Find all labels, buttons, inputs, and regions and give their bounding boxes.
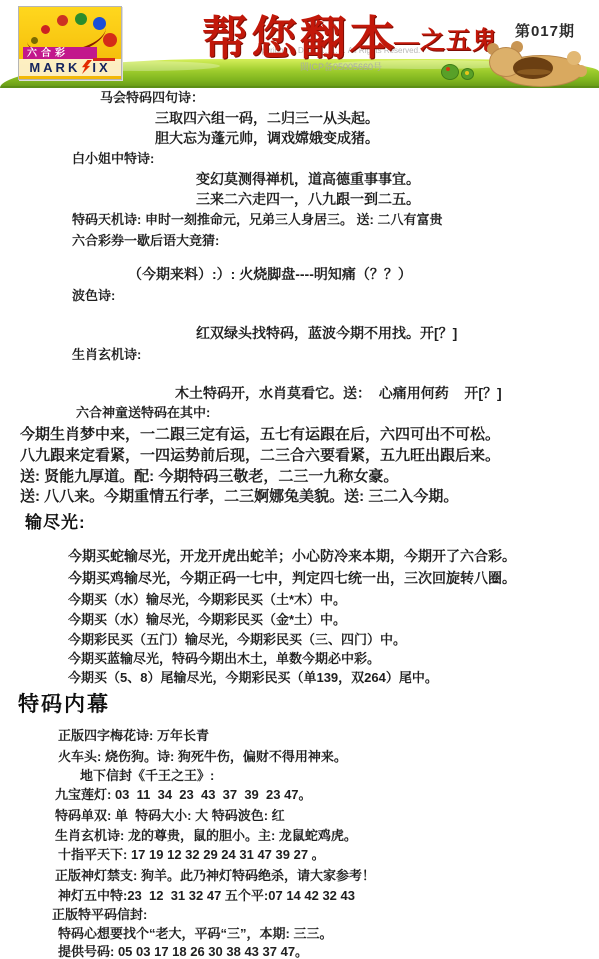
section-label-xiehouyu: 六合彩券一歇后语大竞猜: xyxy=(72,233,219,249)
bose-line: 红双绿头找特码，蓝波今期不用找。开[？] xyxy=(196,325,457,342)
lailiao-line: （今期来料）:）: 火烧脚盘----明知痛（？？） xyxy=(128,266,412,283)
neimu-line: 九宝莲灯: 03 11 34 23 43 37 39 23 47。 xyxy=(55,787,312,803)
shujinguang-line: 今期买蓝输尽光，特码今期出木土，单数今期必中彩。 xyxy=(68,651,380,667)
shujinguang-line: 今期彩民买（五门）输尽光，今期彩民买（三、四门）中。 xyxy=(68,632,406,648)
issue-number: 第017期 xyxy=(515,20,575,41)
neimu-line: 正版特平码信封: xyxy=(52,907,147,923)
mark-six-logo: 六合彩 MARKIX xyxy=(18,6,122,80)
shujinguang-line: 今期买（水）输尽光，今期彩民买（金*土）中。 xyxy=(68,612,346,628)
neimu-line: 生肖玄机诗: 龙的尊贵，鼠的胆小。主: 龙鼠蛇鸡虎。 xyxy=(55,828,357,844)
teddy-bear xyxy=(489,45,585,87)
bear-paw xyxy=(567,51,581,65)
tree-icon xyxy=(441,64,459,80)
logo-dot xyxy=(103,33,117,47)
neimu-line: 特码心想要找个“老大，平码“三”，本期: 三三。 xyxy=(58,926,332,942)
dream-line: 送: 八八来。今期重情五行孝，二三婀娜兔美貌。送: 三二入今期。 xyxy=(20,488,458,506)
shujinguang-line: 今期买（水）输尽光，今期彩民买（土*木）中。 xyxy=(68,592,346,608)
neimu-line: 正版神灯禁支: 狗羊。此乃神灯特码绝杀，请大家参考！ xyxy=(55,868,375,884)
tree-fruit xyxy=(465,71,469,75)
logo-dot xyxy=(75,13,87,25)
lightning-icon xyxy=(80,60,92,74)
neimu-line: 正版四字梅花诗: 万年长青 xyxy=(58,728,209,744)
shujinguang-line: 今期买（5、8）尾输尽光，今期彩民买（单139，双264）尾中。 xyxy=(68,670,438,686)
tianji-line: 特码天机诗: 申时一刻推命元，兄弟三人身居三。 送: 二八有富贵 xyxy=(72,212,443,228)
bear-stitch xyxy=(517,69,551,75)
section-label-bose: 波色诗: xyxy=(72,288,115,304)
shujinguang-line: 今期买鸡输尽光，今期正码一七中，判定四七统一出，三次回旋转八圈。 xyxy=(68,570,516,587)
shengxiao-line: 木土特码开，水肖莫看它。送： 心痛用何药 开[？] xyxy=(175,385,502,402)
neimu-line: 神灯五中特:23 12 31 32 47 五个平:07 14 42 32 43 xyxy=(58,888,355,904)
section-label-shentong: 六合神童送特码在其中: xyxy=(76,405,210,421)
bear-muzzle xyxy=(513,57,553,79)
tree-fruit xyxy=(446,67,450,71)
neimu-line: 火车头: 烧伤狗。诗: 狗死牛伤，偏财不得用神来。 xyxy=(58,749,347,765)
section-label-mahui: 马会特码四句诗： xyxy=(100,90,204,106)
page-title: 帮您翻本—之五鬼 xyxy=(202,2,502,68)
small-trees xyxy=(441,60,481,80)
section-label-shengxiao: 生肖玄机诗: xyxy=(72,347,141,363)
logo-wordmark: MARKIX xyxy=(19,59,121,76)
shujinguang-line: 今期买蛇输尽光，开龙开虎出蛇羊；小心防冷来本期，今期开了六合彩。 xyxy=(68,548,516,565)
masthead: 六合彩 MARKIX pyright Ts Dell ………… All Righ… xyxy=(0,0,599,88)
logo-text-mark: MARK xyxy=(29,60,80,75)
neimu-line: 地下信封《千王之王》: xyxy=(80,768,214,784)
dream-line: 今期生肖梦中来，一二跟三定有运，五七有运跟在后，六四可出不可松。 xyxy=(20,426,500,444)
heading-shujinguang: 输尽光: xyxy=(25,513,86,533)
dream-line: 八九跟来定看紧，一四运势前后现，二三合六要看紧，五九旺出跟后来。 xyxy=(20,447,500,465)
poem-line: 三来二六走四一，八九跟一到二五。 xyxy=(196,191,420,208)
page-subtitle: —之五鬼 xyxy=(394,28,498,55)
poem-line: 胆大忘为蓬元帅，调戏嫦娥变成猪。 xyxy=(155,130,379,147)
lottery-tip-sheet: 六合彩 MARKIX pyright Ts Dell ………… All Righ… xyxy=(0,0,599,959)
bear-paw xyxy=(575,65,587,77)
heading-neimu: 特码内幕 xyxy=(18,692,110,717)
logo-underline xyxy=(93,58,115,61)
logo-text-ix: IX xyxy=(92,60,110,75)
dream-line: 送: 贤能九厚道。配: 今期特码三敬老，二三一九称女豪。 xyxy=(20,468,398,486)
neimu-line: 提供号码: 05 03 17 18 26 30 38 43 37 47。 xyxy=(58,944,308,959)
logo-dot xyxy=(57,15,68,26)
poem-line: 变幻莫测得禅机，道高德重事事宜。 xyxy=(196,171,420,188)
section-label-baixiaojie: 白小姐中特诗: xyxy=(72,151,154,167)
poem-line: 三取四六组一码，二归三一从头起。 xyxy=(155,110,379,127)
neimu-line: 十指平天下: 17 19 12 32 29 24 31 47 39 27 。 xyxy=(58,847,325,863)
neimu-line: 特码单双: 单 特码大小: 大 特码波色: 红 xyxy=(55,808,285,824)
logo-banner: 六合彩 xyxy=(23,47,97,59)
